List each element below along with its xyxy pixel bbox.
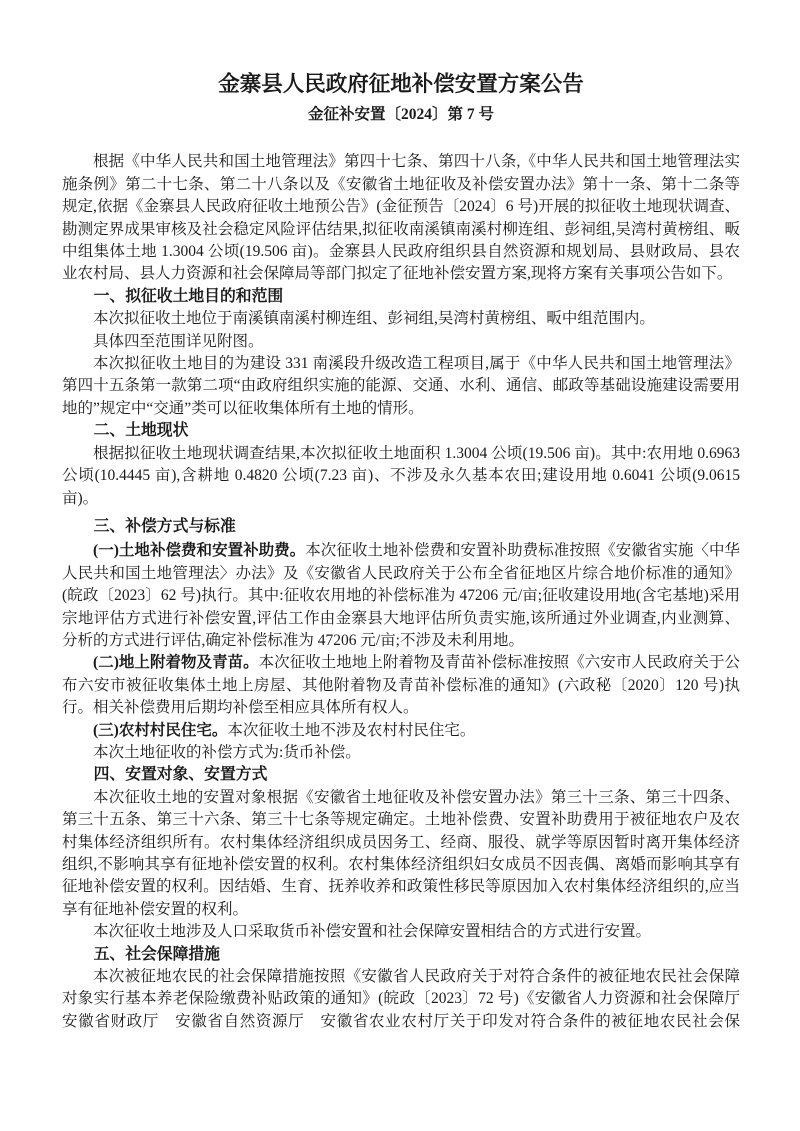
paragraph: 本次土地征收的补偿方式为:货币补偿。 xyxy=(62,742,740,764)
paragraph: 本次拟征收土地位于南溪镇南溪村柳连组、彭祠组,吴湾村黄榜组、畈中组范围内。 xyxy=(62,308,740,330)
document-body: 一、拟征收土地目的和范围本次拟征收土地位于南溪镇南溪村柳连组、彭祠组,吴湾村黄榜… xyxy=(62,286,740,1033)
paragraph: 本次被征地农民的社会保障措施按照《安徽省人民政府关于对符合条件的被征地农民社会保… xyxy=(62,966,740,1033)
section-heading: 三、补偿方式与标准 xyxy=(62,516,740,538)
paragraph: 本次拟征收土地目的为建设 331 南溪段升级改造工程项目,属于《中华人民共和国土… xyxy=(62,353,740,420)
paragraph: (三)农村村民住宅。本次征收土地不涉及农村村民住宅。 xyxy=(62,720,740,742)
paragraph-lead: (二)地上附着物及青苗。 xyxy=(93,654,259,671)
paragraph: 具体四至范围详见附图。 xyxy=(62,331,740,353)
document-page: 金寨县人民政府征地补偿安置方案公告 金征补安置〔2024〕第 7 号 根据《中华… xyxy=(0,0,800,1131)
section-heading: 四、安置对象、安置方式 xyxy=(62,764,740,786)
paragraph: 本次征收土地涉及人口采取货币补偿安置和社会保障安置相结合的方式进行安置。 xyxy=(62,921,740,943)
paragraph-lead: (一)土地补偿费和安置补助费。 xyxy=(93,542,305,559)
document-title: 金寨县人民政府征地补偿安置方案公告 xyxy=(62,70,740,98)
section-heading: 二、土地现状 xyxy=(62,420,740,442)
paragraph: (二)地上附着物及青苗。本次征收土地地上附着物及青苗补偿标准按照《六安市人民政府… xyxy=(62,652,740,719)
intro-paragraph: 根据《中华人民共和国土地管理法》第四十七条、第四十八条,《中华人民共和国土地管理… xyxy=(62,151,740,285)
paragraph: 本次征收土地的安置对象根据《安徽省土地征收及补偿安置办法》第三十三条、第三十四条… xyxy=(62,787,740,921)
document-number: 金征补安置〔2024〕第 7 号 xyxy=(62,104,740,126)
section-heading: 五、社会保障措施 xyxy=(62,944,740,966)
paragraph: 根据拟征收土地现状调查结果,本次拟征收土地面积 1.3004 公顷(19.506… xyxy=(62,443,740,510)
section-heading: 一、拟征收土地目的和范围 xyxy=(62,286,740,308)
paragraph: (一)土地补偿费和安置补助费。本次征收土地补偿费和安置补助费标准按照《安徽省实施… xyxy=(62,540,740,652)
paragraph-lead: (三)农村村民住宅。 xyxy=(93,722,227,739)
